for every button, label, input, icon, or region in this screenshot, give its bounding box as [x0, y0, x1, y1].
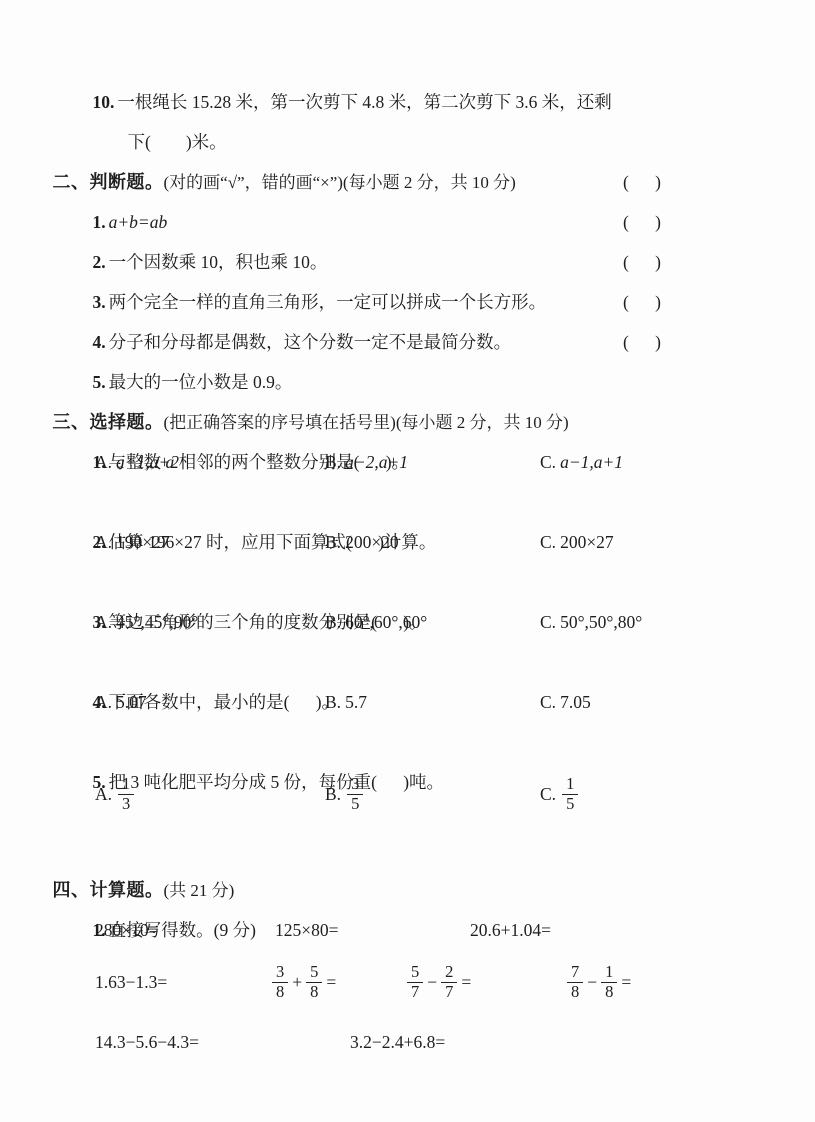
judge-item-1: 1.a+b=ab ( ): [75, 162, 815, 202]
judge-item-5: 5.最大的一位小数是 0.9。 ( ): [75, 322, 815, 362]
fraction: 15: [562, 775, 578, 814]
choice-q3: 3.等边三角形的三个角的度数分别是( )。: [75, 562, 815, 602]
fraction: 57: [407, 963, 423, 1002]
choice-q2: 2.估算 196×27 时，应用下面算式( )计算。: [75, 482, 815, 522]
answer-bracket: ( ): [623, 162, 661, 202]
denominator: 8: [567, 982, 583, 1002]
choice-q4-options: A.5.07 B.5.7 C.7.05: [95, 682, 815, 722]
section-calc-header: 四、计算题。(共 21 分): [35, 830, 815, 870]
option-a: A.5.07: [95, 682, 325, 722]
option-value: 200×20: [345, 522, 399, 562]
answer-bracket: ( ): [623, 202, 661, 242]
equals-sign: =: [621, 972, 631, 993]
option-value: a−1,a+1: [560, 442, 623, 482]
option-value: 7.05: [560, 682, 591, 722]
calc-expression-fraction: 38 + 58 =: [270, 963, 405, 1002]
expression-text: 280×10=: [95, 910, 159, 950]
fraction: 38: [272, 963, 288, 1002]
option-label: B.: [325, 602, 341, 642]
fraction: 58: [306, 963, 322, 1002]
operator: −: [427, 972, 437, 993]
option-a: A. 13: [95, 775, 325, 814]
option-label: A.: [95, 522, 112, 562]
numerator: 3: [272, 963, 288, 982]
option-value: 5.7: [345, 682, 367, 722]
option-label: A.: [95, 682, 112, 722]
choice-q3-options: A.45°,45°,90° B.60°,60°,60° C.50°,50°,80…: [95, 602, 815, 642]
denominator: 3: [118, 794, 134, 814]
operator: +: [292, 972, 302, 993]
question-10-line1: 10.一根绳长 15.28 米，第一次剪下 4.8 米，第二次剪下 3.6 米，…: [75, 42, 815, 82]
answer-bracket: ( ): [623, 242, 661, 282]
option-value: a+1,a+2: [116, 442, 179, 482]
option-b: B.a−2,a+1: [325, 442, 540, 482]
fraction: 35: [347, 775, 363, 814]
option-c: C.7.05: [540, 682, 591, 722]
denominator: 5: [347, 794, 363, 814]
section-choice-note: (把正确答案的序号填在括号里)(每小题 2 分，共 10 分): [164, 413, 569, 432]
calc-expression-fraction: 57 − 27 =: [405, 963, 565, 1002]
option-label: C.: [540, 784, 556, 805]
option-c: C.50°,50°,80°: [540, 602, 642, 642]
expression-text: 14.3−5.6−4.3=: [95, 1022, 199, 1062]
option-label: A.: [95, 602, 112, 642]
exam-paper: 10.一根绳长 15.28 米，第一次剪下 4.8 米，第二次剪下 3.6 米，…: [0, 0, 815, 1122]
option-label: A.: [95, 784, 112, 805]
fraction: 27: [441, 963, 457, 1002]
question-10-number: 10.: [93, 92, 115, 112]
denominator: 8: [272, 982, 288, 1002]
option-label: C.: [540, 522, 556, 562]
answer-bracket: ( ): [623, 322, 661, 362]
option-a: A.190×27: [95, 522, 325, 562]
numerator: 1: [118, 775, 134, 794]
option-label: A.: [95, 442, 112, 482]
option-c: C.200×27: [540, 522, 614, 562]
option-a: A.a+1,a+2: [95, 442, 325, 482]
judge-item-3: 3.两个完全一样的直角三角形，一定可以拼成一个长方形。 ( ): [75, 242, 815, 282]
question-10-text: 一根绳长 15.28 米，第一次剪下 4.8 米，第二次剪下 3.6 米，还剩: [117, 92, 611, 112]
option-value: a−2,a+1: [345, 442, 408, 482]
fraction: 18: [601, 963, 617, 1002]
choice-q4: 4.下面各数中，最小的是( )。: [75, 642, 815, 682]
calc-expression: 280×10=: [95, 910, 275, 950]
option-b: B.60°,60°,60°: [325, 602, 540, 642]
answer-bracket: ( ): [623, 282, 661, 322]
fraction: 13: [118, 775, 134, 814]
choice-q5: 5.把 3 吨化肥平均分成 5 份，每份重( )吨。: [75, 722, 815, 762]
numerator: 7: [567, 963, 583, 982]
option-label: B.: [325, 784, 341, 805]
numerator: 5: [306, 963, 322, 982]
calc-row-2: 1.63−1.3= 38 + 58 = 57 − 27 = 78 − 18 =: [95, 950, 815, 1014]
option-value: 50°,50°,80°: [560, 602, 642, 642]
expression-text: 20.6+1.04=: [470, 910, 551, 950]
option-value: 45°,45°,90°: [116, 602, 198, 642]
numerator: 5: [407, 963, 423, 982]
choice-q1-options: A.a+1,a+2 B.a−2,a+1 C.a−1,a+1: [95, 442, 815, 482]
calc-expression: 20.6+1.04=: [470, 910, 551, 950]
judge-item-2: 2.一个因数乘 10，积也乘 10。 ( ): [75, 202, 815, 242]
judge-item-4: 4.分子和分母都是偶数，这个分数一定不是最简分数。 ( ): [75, 282, 815, 322]
option-value: 60°,60°,60°: [345, 602, 427, 642]
fraction: 78: [567, 963, 583, 1002]
operator: −: [587, 972, 597, 993]
option-c: C.a−1,a+1: [540, 442, 623, 482]
calc-expression: 14.3−5.6−4.3=: [95, 1022, 350, 1062]
section-choice-title: 三、选择题。: [53, 412, 164, 432]
question-10-blank: 下( )米。: [128, 132, 227, 152]
option-label: C.: [540, 682, 556, 722]
numerator: 2: [441, 963, 457, 982]
option-label: C.: [540, 442, 556, 482]
option-c: C. 15: [540, 775, 580, 814]
calc-row-1: 280×10= 125×80= 20.6+1.04=: [95, 910, 815, 950]
calc-expression-fraction: 78 − 18 =: [565, 963, 633, 1002]
expression-text: 3.2−2.4+6.8=: [350, 1022, 445, 1062]
calc-row-3: 14.3−5.6−4.3= 3.2−2.4+6.8=: [95, 1022, 815, 1062]
equals-sign: =: [326, 972, 336, 993]
equals-sign: =: [461, 972, 471, 993]
denominator: 8: [601, 982, 617, 1002]
option-value: 200×27: [560, 522, 614, 562]
denominator: 7: [441, 982, 457, 1002]
section-calc-note: (共 21 分): [164, 881, 235, 900]
option-label: B.: [325, 682, 341, 722]
option-label: B.: [325, 442, 341, 482]
option-a: A.45°,45°,90°: [95, 602, 325, 642]
section-calc-title: 四、计算题。: [53, 880, 164, 900]
expression-text: 1.63−1.3=: [95, 972, 167, 993]
option-b: B. 35: [325, 775, 540, 814]
option-value: 5.07: [116, 682, 147, 722]
choice-q2-options: A.190×27 B.200×20 C.200×27: [95, 522, 815, 562]
calc-expression: 3.2−2.4+6.8=: [350, 1022, 445, 1062]
calc-expression: 1.63−1.3=: [95, 972, 270, 993]
numerator: 3: [347, 775, 363, 794]
option-b: B.200×20: [325, 522, 540, 562]
option-b: B.5.7: [325, 682, 540, 722]
calc-expression: 125×80=: [275, 910, 470, 950]
expression-text: 125×80=: [275, 910, 339, 950]
denominator: 5: [562, 794, 578, 814]
item-number: 5.: [93, 372, 106, 392]
option-label: B.: [325, 522, 341, 562]
denominator: 8: [306, 982, 322, 1002]
option-label: C.: [540, 602, 556, 642]
denominator: 7: [407, 982, 423, 1002]
numerator: 1: [562, 775, 578, 794]
numerator: 1: [601, 963, 617, 982]
option-value: 190×27: [116, 522, 170, 562]
item-text: 最大的一位小数是 0.9。: [109, 372, 293, 392]
